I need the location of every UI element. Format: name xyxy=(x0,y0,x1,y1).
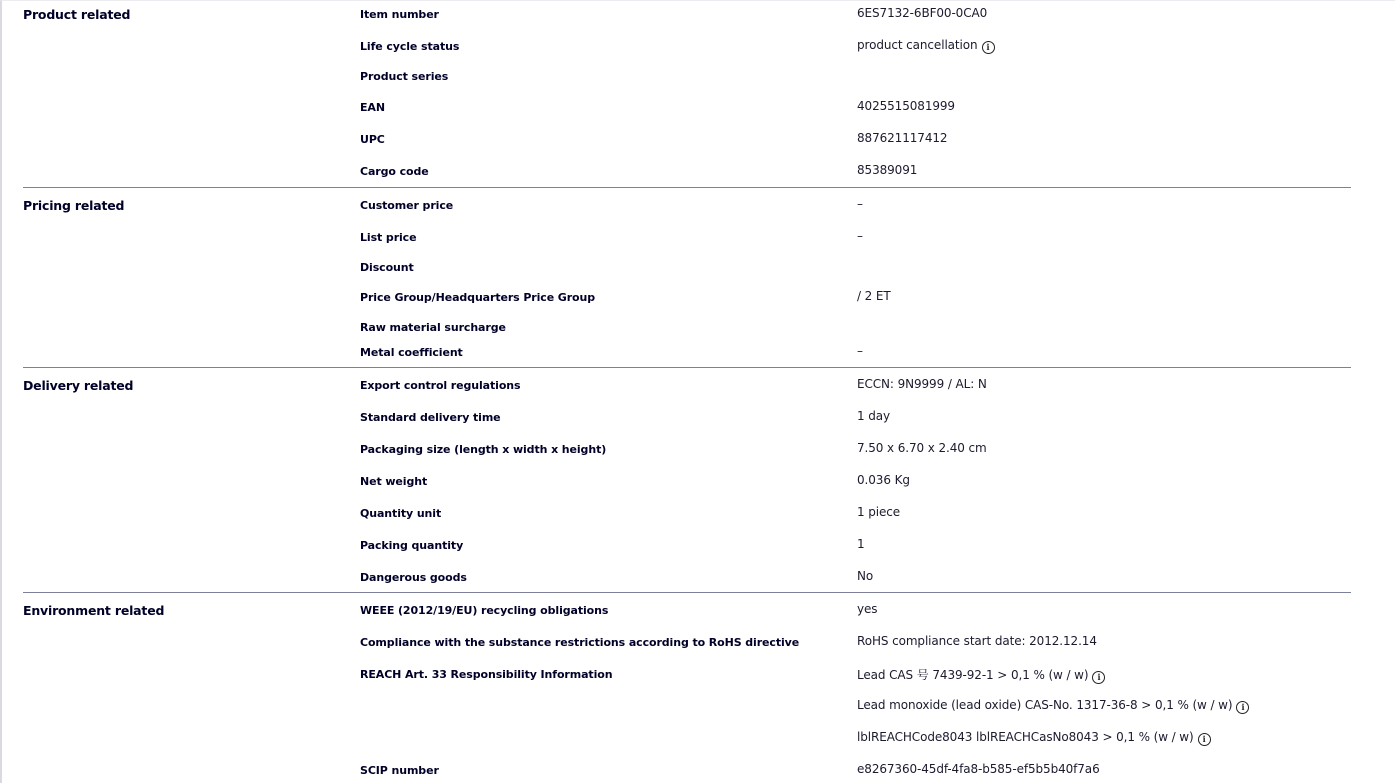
attribute-value-text: No xyxy=(857,569,873,583)
attribute-value-text: 1 day xyxy=(857,409,890,423)
attribute-value: 7.50 x 6.70 x 2.40 cm xyxy=(857,441,987,455)
attribute-value-text: 7.50 x 6.70 x 2.40 cm xyxy=(857,441,987,455)
attribute-value: product cancellationi xyxy=(857,38,995,54)
attribute-label: List price xyxy=(360,231,416,244)
attribute-value: 1 day xyxy=(857,409,890,423)
attribute-row: Product series xyxy=(23,69,1351,89)
attribute-label: SCIP number xyxy=(360,764,439,777)
attribute-value: e8267360-45df-4fa8-b585-ef5b5b40f7a6 xyxy=(857,762,1100,776)
product-data-panel: Product relatedItem number6ES7132-6BF00-… xyxy=(0,0,1395,783)
attribute-value: ECCN: 9N9999 / AL: N xyxy=(857,377,987,391)
attribute-value: 1 piece xyxy=(857,505,900,519)
attribute-value-text: Lead monoxide (lead oxide) CAS-No. 1317-… xyxy=(857,698,1232,712)
attribute-value-text: 887621117412 xyxy=(857,131,947,145)
attribute-label: Metal coefficient xyxy=(360,346,463,359)
attribute-row: lblREACHCode8043 lblREACHCasNo8043 > 0,1… xyxy=(23,731,1351,751)
attribute-value-text: Lead CAS 号 7439-92-1 > 0,1 % (w / w) xyxy=(857,668,1088,682)
attribute-row: List price– xyxy=(23,230,1351,250)
attribute-label: Price Group/Headquarters Price Group xyxy=(360,291,595,304)
attribute-row: Metal coefficient– xyxy=(23,345,1351,365)
attribute-row: Export control regulationsECCN: 9N9999 /… xyxy=(23,378,1351,398)
attribute-label: Net weight xyxy=(360,475,427,488)
attribute-value: 1 xyxy=(857,537,865,551)
attribute-row: Item number6ES7132-6BF00-0CA0 xyxy=(23,7,1351,27)
attribute-value-text: 0.036 Kg xyxy=(857,473,910,487)
attribute-value: – xyxy=(857,197,863,211)
attribute-row: SCIP numbere8267360-45df-4fa8-b585-ef5b5… xyxy=(23,763,1351,783)
attribute-label: Quantity unit xyxy=(360,507,441,520)
attribute-label: Discount xyxy=(360,261,414,274)
info-icon[interactable]: i xyxy=(982,41,995,54)
attribute-value-text: – xyxy=(857,229,863,243)
attribute-row: WEEE (2012/19/EU) recycling obligationsy… xyxy=(23,603,1351,623)
attribute-label: Life cycle status xyxy=(360,40,459,53)
attribute-row: Customer price– xyxy=(23,198,1351,218)
attribute-row: Life cycle statusproduct cancellationi xyxy=(23,39,1351,59)
attribute-value-text: ECCN: 9N9999 / AL: N xyxy=(857,377,987,391)
attribute-value-text: lblREACHCode8043 lblREACHCasNo8043 > 0,1… xyxy=(857,730,1194,744)
attribute-value: No xyxy=(857,569,873,583)
section-pricing-related: Pricing relatedCustomer price–List price… xyxy=(23,187,1351,188)
attribute-label: Dangerous goods xyxy=(360,571,467,584)
info-icon[interactable]: i xyxy=(1092,671,1105,684)
attribute-row: Price Group/Headquarters Price Group/ 2 … xyxy=(23,290,1351,310)
attribute-label: Packaging size (length x width x height) xyxy=(360,443,606,456)
attribute-value: Lead CAS 号 7439-92-1 > 0,1 % (w / w)i xyxy=(857,666,1105,684)
attribute-row: Lead monoxide (lead oxide) CAS-No. 1317-… xyxy=(23,699,1351,719)
attribute-value: Lead monoxide (lead oxide) CAS-No. 1317-… xyxy=(857,698,1249,714)
info-icon[interactable]: i xyxy=(1198,733,1211,746)
section-environment-related: Environment relatedWEEE (2012/19/EU) rec… xyxy=(23,592,1351,593)
attribute-label: Standard delivery time xyxy=(360,411,501,424)
attribute-label: Cargo code xyxy=(360,165,429,178)
attribute-value: – xyxy=(857,229,863,243)
attribute-label: Item number xyxy=(360,8,439,21)
attribute-row: Packing quantity1 xyxy=(23,538,1351,558)
attribute-value: 85389091 xyxy=(857,163,917,177)
attribute-value-text: – xyxy=(857,197,863,211)
attribute-label: Packing quantity xyxy=(360,539,463,552)
attribute-value-text: product cancellation xyxy=(857,38,978,52)
attribute-row: Dangerous goodsNo xyxy=(23,570,1351,590)
attribute-value-text: 85389091 xyxy=(857,163,917,177)
attribute-value-text: – xyxy=(857,344,863,358)
attribute-label: Customer price xyxy=(360,199,453,212)
attribute-label: Export control regulations xyxy=(360,379,520,392)
attribute-value-text: yes xyxy=(857,602,877,616)
attribute-value: / 2 ET xyxy=(857,289,891,303)
attribute-value: lblREACHCode8043 lblREACHCasNo8043 > 0,1… xyxy=(857,730,1211,746)
attribute-row: Net weight0.036 Kg xyxy=(23,474,1351,494)
attribute-value-text: RoHS compliance start date: 2012.12.14 xyxy=(857,634,1097,648)
section-delivery-related: Delivery relatedExport control regulatio… xyxy=(23,367,1351,368)
attribute-value-text: 1 piece xyxy=(857,505,900,519)
attribute-value: 887621117412 xyxy=(857,131,947,145)
attribute-value-text: / 2 ET xyxy=(857,289,891,303)
attribute-value: yes xyxy=(857,602,877,616)
attribute-label: Product series xyxy=(360,70,448,83)
attribute-row: UPC887621117412 xyxy=(23,132,1351,152)
attribute-value: – xyxy=(857,344,863,358)
attribute-row: Standard delivery time1 day xyxy=(23,410,1351,430)
info-icon[interactable]: i xyxy=(1236,701,1249,714)
attribute-row: EAN4025515081999 xyxy=(23,100,1351,120)
attribute-value-text: 4025515081999 xyxy=(857,99,955,113)
attribute-label: Raw material surcharge xyxy=(360,321,506,334)
attribute-label: WEEE (2012/19/EU) recycling obligations xyxy=(360,604,608,617)
attribute-row: Packaging size (length x width x height)… xyxy=(23,442,1351,462)
attribute-label: REACH Art. 33 Responsibility Information xyxy=(360,668,612,681)
attribute-row: Discount xyxy=(23,260,1351,280)
attribute-row: REACH Art. 33 Responsibility Information… xyxy=(23,667,1351,687)
attribute-row: Quantity unit1 piece xyxy=(23,506,1351,526)
attribute-value: 0.036 Kg xyxy=(857,473,910,487)
attribute-value: 4025515081999 xyxy=(857,99,955,113)
attribute-value-text: 1 xyxy=(857,537,865,551)
attribute-label: EAN xyxy=(360,101,385,114)
attribute-value-text: e8267360-45df-4fa8-b585-ef5b5b40f7a6 xyxy=(857,762,1100,776)
attribute-row: Cargo code85389091 xyxy=(23,164,1351,184)
attribute-value: 6ES7132-6BF00-0CA0 xyxy=(857,6,987,20)
attribute-label: Compliance with the substance restrictio… xyxy=(360,636,799,649)
attribute-label: UPC xyxy=(360,133,385,146)
attribute-row: Compliance with the substance restrictio… xyxy=(23,635,1351,655)
attribute-row: Raw material surcharge xyxy=(23,320,1351,340)
attribute-value: RoHS compliance start date: 2012.12.14 xyxy=(857,634,1097,648)
attribute-value-text: 6ES7132-6BF00-0CA0 xyxy=(857,6,987,20)
